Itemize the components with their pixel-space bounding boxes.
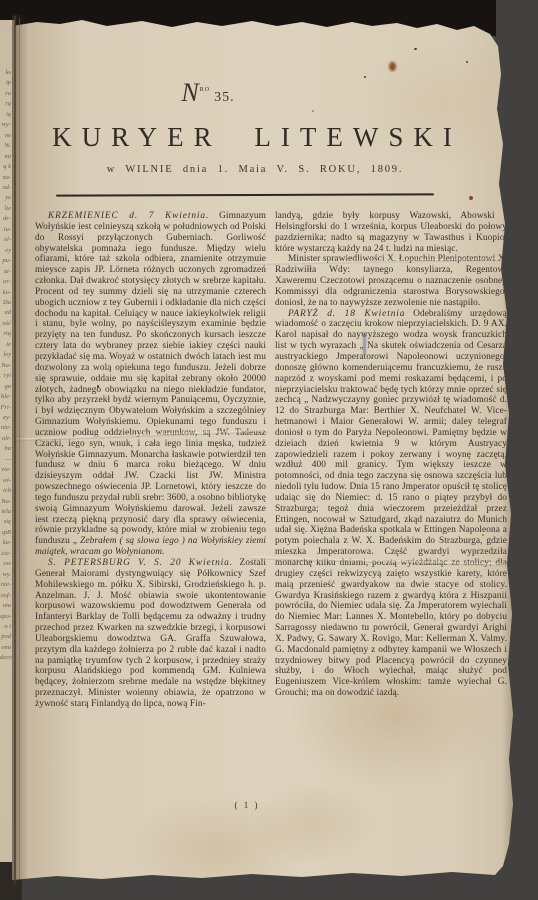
issue-number-superscript: ro [200,83,210,93]
margin-text-fragment: cie- [0,549,11,559]
margin-text-fragment: ą k [0,162,11,172]
margin-text-fragment: ka- [0,538,11,548]
margin-text-fragment: wy. [0,570,11,580]
margin-text-fragment: ba— [0,444,11,465]
margin-text-fragment: Fri- [0,403,11,413]
ink-speck [466,61,468,63]
paragraph-dateline-lead: PARYŻ d. 18 Kwietnia [288,309,405,319]
ink-speck [312,110,314,112]
margin-text-fragment: rią [0,329,11,339]
gutter-fold-line [19,18,20,880]
ink-speck [469,196,473,200]
paragraph-text: Minister sprawiedliwości X. Łopuchin Ple… [275,254,507,307]
margin-text-fragment: ley [0,350,11,360]
column-right: landyą, gdzie były korpusy Wazowski, Abo… [275,211,507,710]
margin-text-fragment: iu- [0,225,11,235]
margin-text-fragment: ko- [0,288,11,298]
margin-text-fragment: lie [0,204,11,214]
margin-text-fragment: dece [0,653,11,663]
article-paragraph: KRZEMIENIEC d. 7 Kwietnia. Gimnazyum Woł… [35,211,266,558]
margin-text-fragment: ow [0,559,11,569]
margin-text-fragment: nia [0,601,11,611]
margin-text-fragment: się [0,517,11,527]
paragraph-text: Odebraliśmy urzędową wiadomość o zaczęci… [275,309,507,699]
margin-text-fragment: ip [0,78,11,88]
paragraph-text: landyą, gdzie były korpusy Wazowski, Abo… [275,211,507,254]
margin-text-fragment: ey- [0,413,11,423]
adjacent-page-text-fragments: ksiprarąiąwy-neW.mią kna-od-yeliedr-iu-e… [0,68,13,664]
gutter-fold-line [14,16,16,882]
margin-text-fragment: o t [0,622,11,632]
article-columns: KRZEMIENIEC d. 7 Kwietnia. Gimnazyum Woł… [35,211,507,710]
margin-text-fragment: od- [0,183,11,193]
margin-text-fragment: pu- [0,256,11,266]
margin-text-fragment: ich [0,486,11,496]
column-left: KRZEMIENIEC d. 7 Kwietnia. Gimnazyum Woł… [35,211,266,710]
margin-text-fragment: emi [0,643,11,653]
page-number: ( 1 ) [0,800,498,810]
issue-number-value: 35. [214,90,235,105]
margin-text-fragment: wi- [0,476,11,486]
margin-text-fragment: ie [0,340,11,350]
margin-text-fragment: ur- [0,277,11,287]
margin-text-fragment: oli- [0,434,11,444]
margin-text-fragment: ye [0,193,11,203]
margin-text-fragment: ość [0,319,11,329]
margin-text-fragment: ey [0,246,11,256]
margin-text-fragment: rą [0,99,11,109]
margin-text-fragment: go [0,382,11,392]
stain [386,58,399,75]
article-paragraph: Minister sprawiedliwości X. Łopuchin Ple… [275,254,507,308]
issue-number-script-n: N [181,78,199,107]
issue-number: Nro 35. [0,78,459,108]
margin-text-fragment: nie- [0,423,11,433]
margin-text-fragment: pod [0,632,11,642]
margin-text-fragment: iela [0,507,11,517]
margin-text-fragment: Na- [0,361,11,371]
margin-text-fragment: ks [0,68,11,78]
paragraph-text: Zostali Generał Maiorami dystyngwuiący s… [35,558,266,709]
margin-text-fragment: ra [0,89,11,99]
margin-text-fragment: ią [0,110,11,120]
margin-text-fragment: Na- [0,497,11,507]
margin-text-fragment: ryi [0,371,11,381]
margin-text-fragment: vie- [0,465,11,475]
article-paragraph: S. PETERSBURG V. S. 20 Kwietnia. Zostali… [35,558,266,710]
article-paragraph: landyą, gdzie były korpusy Wazowski, Abo… [275,211,507,254]
scanner-background: ksiprarąiąwy-neW.mią kna-od-yeliedr-iu-e… [0,0,538,900]
margin-text-fragment: ble- [0,392,11,402]
margin-text-fragment: el- [0,235,11,245]
margin-text-fragment: W. [0,141,11,151]
margin-text-fragment: mi [0,152,11,162]
margin-text-fragment: spo- [0,612,11,622]
ink-speck [414,48,417,50]
newspaper-page: Nro 35. KURYER LITEWSKI w WILNIE dnia 1.… [12,14,514,886]
article-paragraph: PARYŻ d. 18 Kwietnia Odebraliśmy urzędow… [275,309,507,699]
paragraph-text: Gimnazyum Wołyńskie iest celnieyszą szko… [35,211,266,546]
paragraph-dateline-lead: KRZEMIENIEC d. 7 Kwietnia. [48,211,209,221]
newspaper-title: KURYER LITEWSKI [6,122,508,153]
paragraph-dateline-lead: S. PETERSBURG V. S. 20 Kwietnia. [48,558,233,568]
margin-text-fragment: na- [0,173,11,183]
margin-text-fragment: ad [0,308,11,318]
margin-text-fragment: dr- [0,214,11,224]
margin-text-fragment: wy- [0,120,11,130]
margin-text-fragment: nie- [0,580,11,590]
margin-text-fragment: ne [0,131,11,141]
margin-text-fragment: Da [0,298,11,308]
margin-text-fragment: ątB [0,528,11,538]
margin-text-fragment: oof- [0,591,11,601]
masthead-dateline: w WILNIE dnia 1. Maia V. S. ROKU, 1809. [4,164,506,175]
masthead-rule [56,193,434,197]
margin-text-fragment: ai- [0,267,11,277]
